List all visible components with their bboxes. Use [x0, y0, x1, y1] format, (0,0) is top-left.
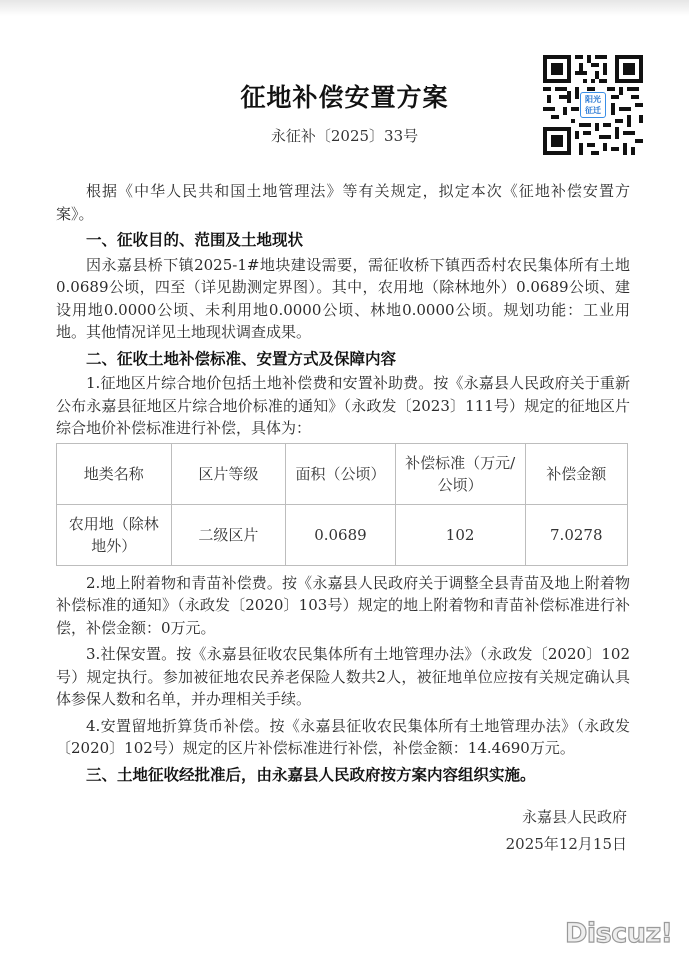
document-body: 根据《中华人民共和国土地管理法》等有关规定，拟定本次《征地补偿安置方案》。 一、… — [56, 180, 630, 788]
table-header-cell: 面积（公顷） — [286, 443, 396, 504]
discuz-watermark: Discuz! — [565, 918, 673, 949]
qr-logo-line1: 阳光 — [581, 94, 605, 105]
qr-logo-line2: 征迁 — [581, 105, 605, 116]
section2-item3: 3.社保安置。按《永嘉县征收农民集体所有土地管理办法》（永政发〔2020〕102… — [56, 643, 630, 711]
table-header-cell: 补偿标准（万元/公顷） — [395, 443, 525, 504]
compensation-table: 地类名称 区片等级 面积（公顷） 补偿标准（万元/公顷） 补偿金额 农用地（除林… — [56, 443, 628, 566]
section2-item2: 2.地上附着物和青苗补偿费。按《永嘉县人民政府关于调整全县青苗及地上附着物补偿标… — [56, 572, 630, 640]
table-header-cell: 地类名称 — [57, 443, 172, 504]
section2-item4: 4.安置留地折算货币补偿。按《永嘉县征收农民集体所有土地管理办法》（永政发〔20… — [56, 715, 630, 760]
table-cell-standard: 102 — [395, 504, 525, 565]
signature-date: 2025年12月15日 — [427, 833, 627, 854]
table-header-cell: 区片等级 — [171, 443, 286, 504]
section1-body: 因永嘉县桥下镇2025-1#地块建设需要，需征收桥下镇西岙村农民集体所有土地0.… — [56, 254, 630, 344]
section2-item1: 1.征地区片综合地价包括土地补偿费和安置补助费。按《永嘉县人民政府关于重新公布永… — [56, 372, 630, 440]
top-shade — [0, 0, 689, 16]
table-cell-land-type: 农用地（除林地外） — [57, 504, 172, 565]
table-header-cell: 补偿金额 — [525, 443, 627, 504]
table-cell-zone-level: 二级区片 — [171, 504, 286, 565]
qr-code-icon[interactable]: 阳光 征迁 — [543, 55, 643, 155]
table-header-row: 地类名称 区片等级 面积（公顷） 补偿标准（万元/公顷） 补偿金额 — [57, 443, 628, 504]
section2-heading: 二、征收土地补偿标准、安置方式及保障内容 — [56, 348, 630, 371]
table-row: 农用地（除林地外） 二级区片 0.0689 102 7.0278 — [57, 504, 628, 565]
qr-logo: 阳光 征迁 — [580, 92, 606, 118]
section1-heading: 一、征收目的、范围及土地现状 — [56, 229, 630, 252]
table-cell-amount: 7.0278 — [525, 504, 627, 565]
intro-paragraph: 根据《中华人民共和国土地管理法》等有关规定，拟定本次《征地补偿安置方案》。 — [56, 180, 630, 225]
section3-heading: 三、土地征收经批准后，由永嘉县人民政府按方案内容组织实施。 — [56, 764, 630, 787]
signature-issuer: 永嘉县人民政府 — [427, 806, 627, 827]
table-cell-area: 0.0689 — [286, 504, 396, 565]
